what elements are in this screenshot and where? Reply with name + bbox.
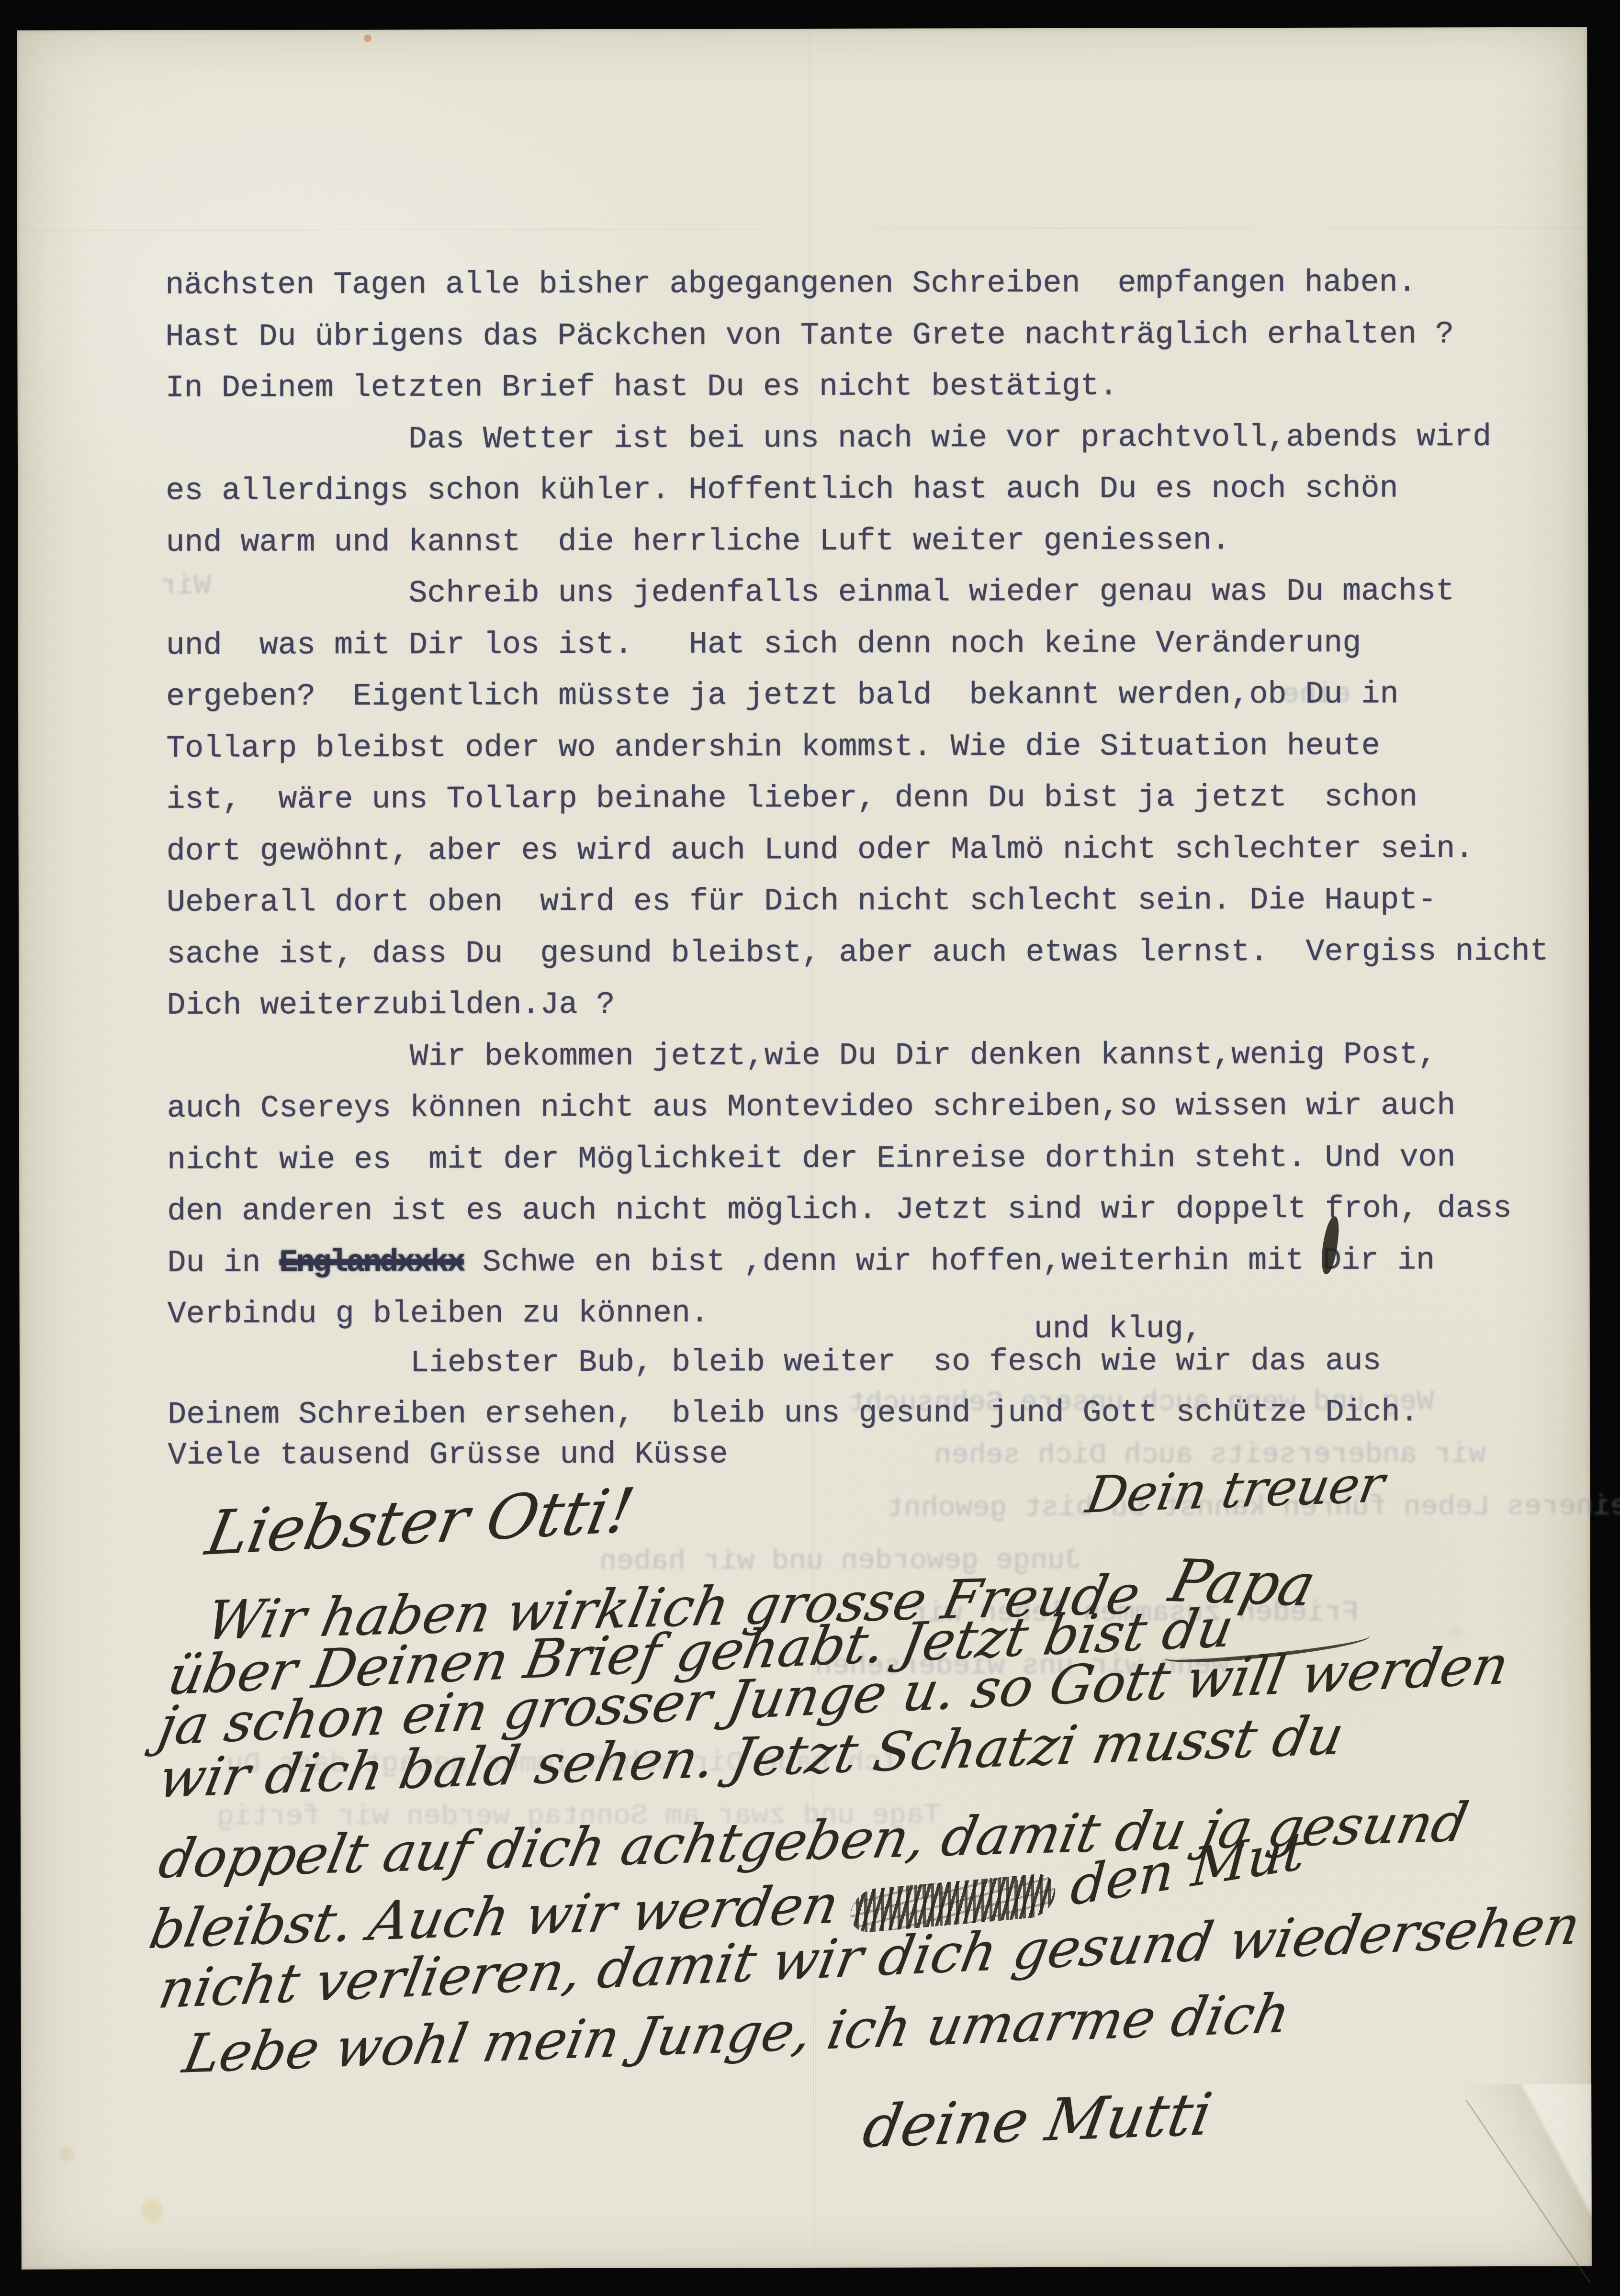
typed-line: Ueberall dort oben wird es für Dich nich… — [167, 885, 1437, 918]
handwritten-closing: Dein treuer — [1083, 1459, 1388, 1521]
typed-line: auch Csereys können nicht aus Montevideo… — [167, 1090, 1456, 1124]
handwritten-salutation: Liebster Otti! — [202, 1480, 639, 1565]
typed-text: Du in — [167, 1245, 279, 1280]
corner-fold-shading — [1448, 2084, 1592, 2267]
fold-crease-horizontal — [17, 226, 1587, 231]
typed-line: und was mit Dir los ist. Hat sich denn n… — [166, 628, 1361, 661]
typed-line: Deinem Schreiben ersehen, bleib uns gesu… — [168, 1397, 1419, 1430]
typed-line: Liebster Bub, bleib weiter so fesch wie … — [410, 1345, 1381, 1378]
typed-line: Das Wetter ist bei uns nach wie vor prac… — [408, 422, 1492, 455]
typed-line: den anderen ist es auch nicht möglich. J… — [167, 1193, 1512, 1227]
typed-text: Schwe en bist ,denn wir hoffen,weiterhin… — [464, 1243, 1435, 1280]
typed-line: Hast Du übrigens das Päckchen von Tante … — [165, 319, 1454, 353]
typed-line: nächsten Tagen alle bisher abgegangenen … — [165, 267, 1417, 301]
typed-line: es allerdings schon kühler. Hoffentlich … — [166, 473, 1398, 506]
handwritten-signature-mutti: deine Mutti — [859, 2085, 1216, 2156]
typed-line: Viele tausend Grüsse und Küsse — [168, 1439, 728, 1471]
typed-line: und warm und kannst die herrliche Luft w… — [166, 525, 1230, 559]
typed-line: Schreib uns jedenfalls einmal wieder gen… — [409, 576, 1454, 609]
stain — [364, 34, 371, 42]
struck-out-word: Englandxxkx — [279, 1244, 463, 1280]
typed-line-with-strikeout: Du in Englandxxkx Schwe en bist ,denn wi… — [167, 1245, 1435, 1279]
typed-line: Dich weiterzubilden.Ja ? — [167, 989, 615, 1021]
scanned-letter: Weg und wenn auch unsere Sehnsucht wir a… — [0, 0, 1620, 2296]
typed-line: nicht wie es mit der Möglichkeit der Ein… — [167, 1142, 1456, 1176]
typed-line: Verbindu g bleiben zu können. — [168, 1298, 709, 1330]
typed-line: In Deinem letzten Brief hast Du es nicht… — [166, 371, 1118, 404]
typed-line: ist, wäre uns Tollarp beinahe lieber, de… — [166, 782, 1417, 815]
typed-line: Tollarp bleibst oder wo andershin kommst… — [166, 730, 1380, 764]
typed-line: sache ist, dass Du gesund bleibst, aber … — [167, 936, 1549, 970]
typed-line: dort gewöhnt, aber es wird auch Lund ode… — [167, 833, 1474, 867]
typed-line: ergeben? Eigentlich müsste ja jetzt bald… — [166, 679, 1399, 712]
typed-interlinear-insertion: und klug, — [1034, 1313, 1202, 1345]
stain — [141, 2198, 163, 2223]
letter-page: Weg und wenn auch unsere Sehnsucht wir a… — [17, 27, 1592, 2270]
bleedthrough-text: Wir — [159, 570, 211, 603]
stain — [59, 2146, 74, 2162]
typed-line: Wir bekommen jetzt,wie Du Dir denken kan… — [410, 1039, 1437, 1072]
